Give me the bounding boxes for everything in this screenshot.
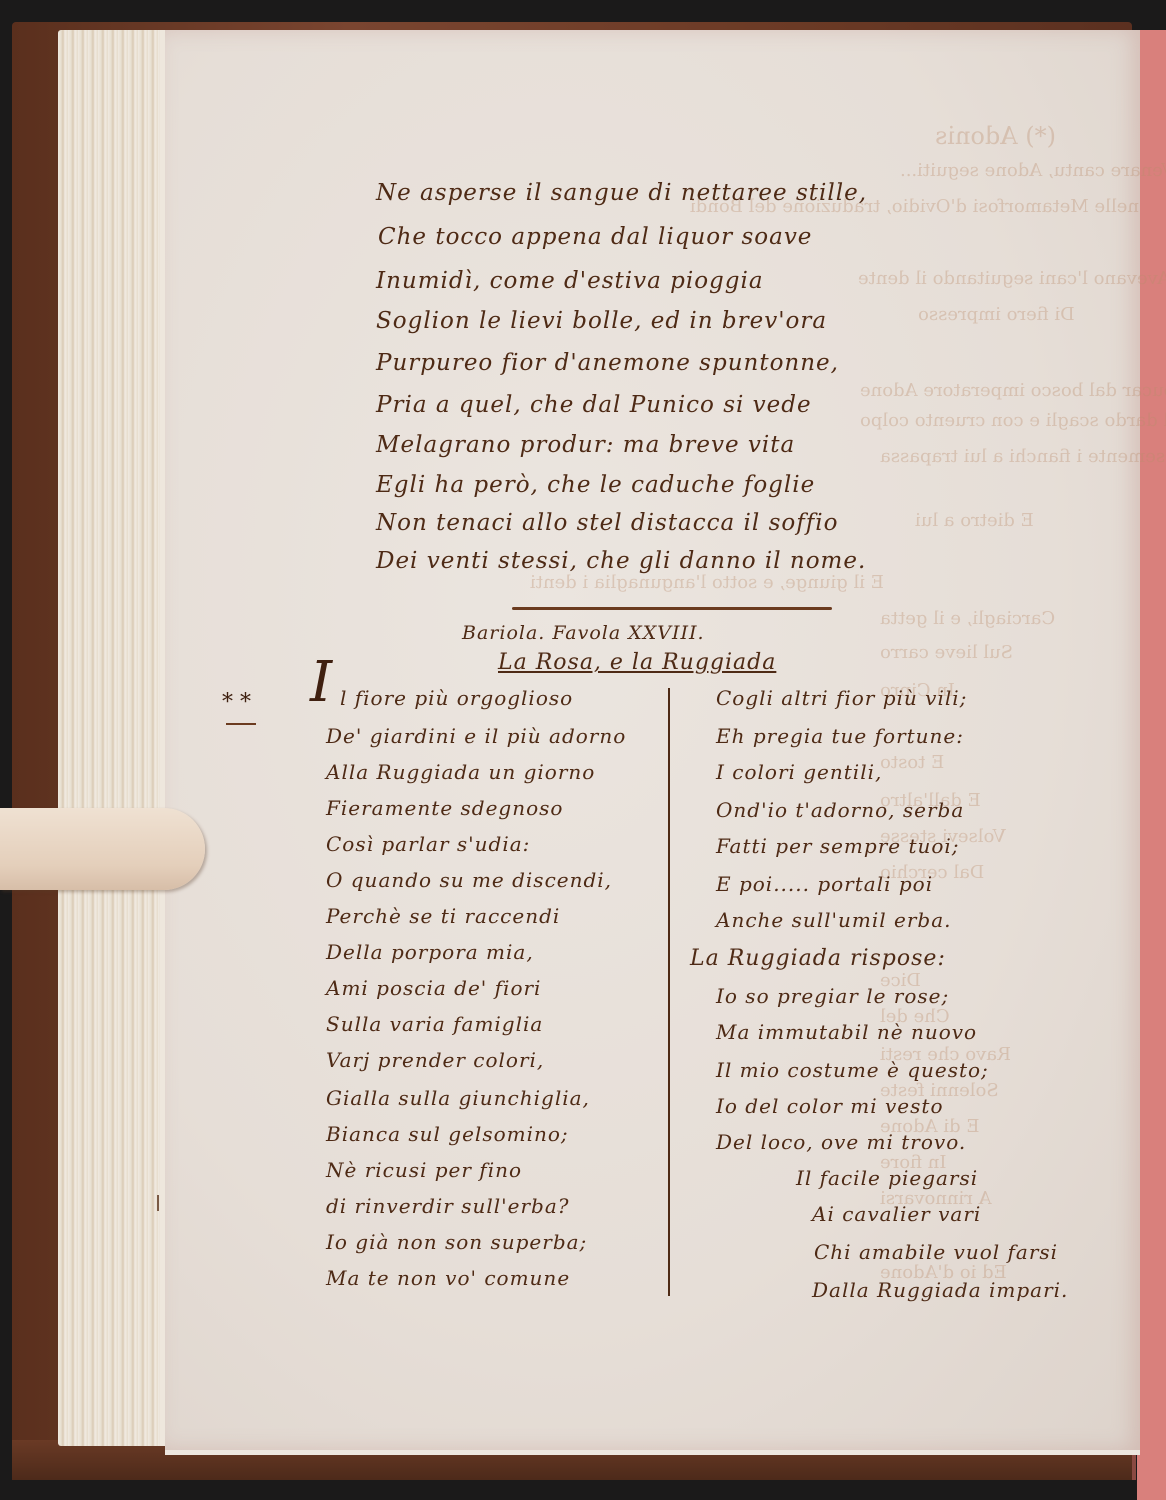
verse-line: Io del color mi vesto	[716, 1094, 943, 1118]
section-divider-rule	[512, 607, 832, 610]
verse-line: O quando su me discendi,	[326, 868, 612, 892]
verse-line: Dalla Ruggiada impari.	[812, 1278, 1068, 1302]
verse-line: l fiore più orgoglioso	[340, 686, 573, 710]
bone-paperknife	[0, 808, 205, 890]
verse-line: Nè ricusi per fino	[326, 1158, 522, 1182]
verse-line: Il mio costume è questo;	[716, 1058, 989, 1082]
decorated-initial: I	[310, 650, 332, 715]
verse-line: La Ruggiada rispose:	[690, 946, 946, 971]
verse-line: Perchè se ti raccendi	[326, 904, 560, 928]
verse-line: Io so pregiar le rose;	[716, 984, 949, 1008]
verse-line: Io già non son superba;	[326, 1230, 587, 1254]
fable-title: La Rosa, e la Ruggiada	[498, 650, 776, 675]
verse-line: Soglion le lievi bolle, ed in brev'ora	[376, 308, 827, 334]
verse-line: di rinverdir sull'erba?	[326, 1194, 570, 1218]
verse-line: Eh pregia tue fortune:	[716, 724, 964, 748]
verse-line: Fatti per sempre tuoi;	[716, 834, 960, 858]
verse-line: Del loco, ove mi trovo.	[716, 1130, 966, 1154]
verse-line: Ma te non vo' comune	[326, 1266, 570, 1290]
verse-line: E poi..... portali poi	[716, 872, 933, 896]
verse-line: Alla Ruggiada un giorno	[326, 760, 595, 784]
verse-line: Pria a quel, che dal Punico si vede	[376, 392, 812, 418]
verse-line: Ma immutabil nè nuovo	[716, 1020, 977, 1044]
verse-line: Chi amabile vuol farsi	[814, 1240, 1058, 1264]
verse-line: Ai cavalier vari	[812, 1202, 981, 1226]
verse-line: Così parlar s'udia:	[326, 832, 530, 856]
verse-line: Dei venti stessi, che gli danno il nome.	[376, 548, 866, 574]
verse-line: Anche sull'umil erba.	[716, 908, 952, 932]
verse-line: Il facile piegarsi	[796, 1166, 978, 1190]
verse-line: Gialla sulla giunchiglia,	[326, 1086, 590, 1110]
pink-endboard	[1137, 30, 1166, 1500]
verse-line: Egli ha però, che le caduche foglie	[376, 472, 815, 498]
page-stack-edges	[58, 30, 168, 1446]
verse-line: Varj prender colori,	[326, 1048, 544, 1072]
verse-line: Cogli altri fior più vili;	[716, 686, 967, 710]
column-divider	[668, 688, 670, 1296]
margin-stroke	[157, 1195, 159, 1211]
verse-line: Melagrano produr: ma breve vita	[376, 432, 795, 458]
verse-line: Sulla varia famiglia	[326, 1012, 543, 1036]
margin-asterisks: * *	[222, 690, 251, 715]
verse-line: Purpureo fior d'anemone spuntonne,	[376, 350, 839, 376]
verse-line: Fieramente sdegnoso	[326, 796, 563, 820]
verse-line: Ne asperse il sangue di nettaree stille,	[376, 180, 867, 206]
verse-line: Ami poscia de' fiori	[326, 976, 541, 1000]
margin-dash	[226, 723, 256, 725]
verse-line: Che tocco appena dal liquor soave	[378, 224, 812, 250]
fable-header: Bariola. Favola XXVIII.	[462, 622, 705, 644]
verse-line: Bianca sul gelsomino;	[326, 1122, 569, 1146]
verse-line: Ond'io t'adorno, serba	[716, 798, 964, 822]
verse-line: Della porpora mia,	[326, 940, 534, 964]
verse-line: I colori gentili,	[716, 760, 882, 784]
verse-line: Inumidì, come d'estiva pioggia	[376, 268, 764, 294]
verse-line: Non tenaci allo stel distacca il soffio	[376, 510, 838, 536]
show-through-heading: (*) Adonis	[935, 122, 1056, 150]
verse-line: De' giardini e il più adorno	[326, 724, 626, 748]
